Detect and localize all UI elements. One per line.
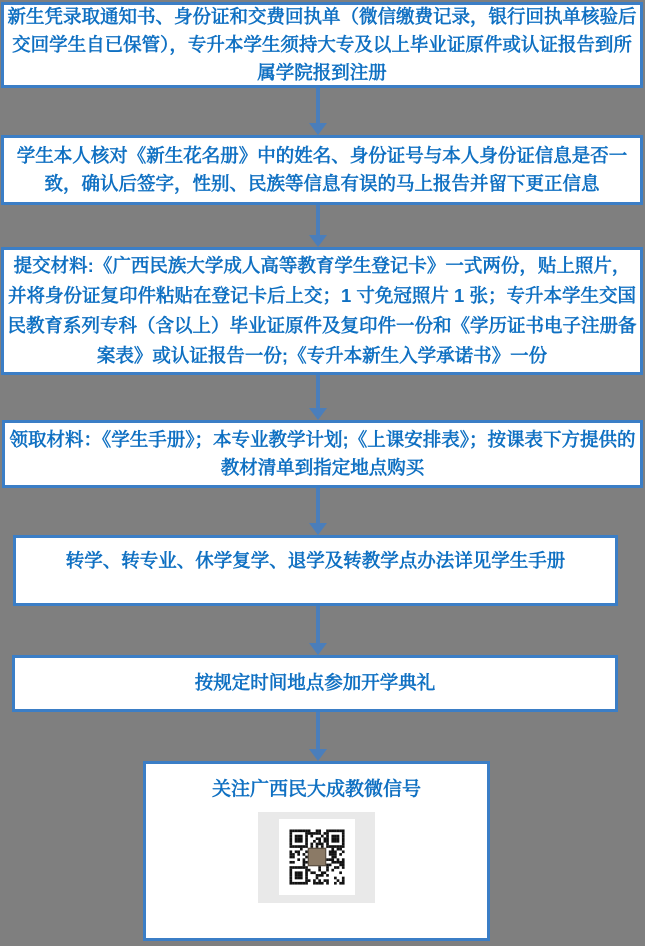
- arrow-shaft: [316, 375, 320, 408]
- flow-step-2-text: 学生本人核对《新生花名册》中的姓名、身份证号与本人身份证信息是否一致，确认后签字…: [7, 142, 637, 198]
- flow-step-1-text: 新生凭录取通知书、身份证和交费回执单（微信缴费记录，银行回执单核验后交回学生自已…: [7, 3, 637, 87]
- arrow-down-icon: [309, 408, 327, 420]
- flow-step-1-box: 新生凭录取通知书、身份证和交费回执单（微信缴费记录，银行回执单核验后交回学生自已…: [1, 2, 643, 88]
- qr-code-panel: [258, 812, 375, 903]
- flow-step-5-text: 转学、转专业、休学复学、退学及转教学点办法详见学生手册: [19, 547, 612, 575]
- arrow-shaft: [316, 712, 320, 749]
- arrow-down-icon: [309, 643, 327, 655]
- flow-arrow-5: [309, 606, 327, 655]
- arrow-down-icon: [309, 235, 327, 247]
- flow-step-4-text: 领取材料：《学生手册》；本专业教学计划;《上课安排表》；按课表下方提供的教材清单…: [8, 426, 637, 482]
- arrow-shaft: [316, 606, 320, 643]
- flow-step-5-box: 转学、转专业、休学复学、退学及转教学点办法详见学生手册: [13, 535, 618, 606]
- flow-arrow-2: [309, 205, 327, 247]
- flow-arrow-3: [309, 375, 327, 420]
- wechat-follow-title: 关注广西民大成教微信号: [146, 777, 487, 804]
- arrow-shaft: [316, 205, 320, 235]
- arrow-down-icon: [309, 749, 327, 761]
- qr-code-icon: [279, 819, 355, 895]
- arrow-shaft: [316, 88, 320, 123]
- flow-step-3-text: 提交材料:《广西民族大学成人高等教育学生登记卡》一式两份，贴上照片，并将身份证复…: [7, 251, 637, 371]
- flow-step-7-box: 关注广西民大成教微信号: [143, 761, 490, 941]
- flow-step-3-box: 提交材料:《广西民族大学成人高等教育学生登记卡》一式两份，贴上照片，并将身份证复…: [1, 247, 643, 375]
- flow-arrow-6: [309, 712, 327, 761]
- flow-arrow-4: [309, 488, 327, 535]
- flow-step-6-box: 按规定时间地点参加开学典礼: [12, 655, 618, 712]
- arrow-down-icon: [309, 523, 327, 535]
- flow-step-2-box: 学生本人核对《新生花名册》中的姓名、身份证号与本人身份证信息是否一致，确认后签字…: [1, 135, 643, 205]
- arrow-shaft: [316, 488, 320, 523]
- flowchart-page: { "colors":{ "background":"#7f7f7f", "bo…: [0, 0, 645, 946]
- flow-step-4-box: 领取材料：《学生手册》；本专业教学计划;《上课安排表》；按课表下方提供的教材清单…: [2, 420, 643, 488]
- flow-step-6-text: 按规定时间地点参加开学典礼: [18, 669, 612, 697]
- flow-arrow-1: [309, 88, 327, 135]
- arrow-down-icon: [309, 123, 327, 135]
